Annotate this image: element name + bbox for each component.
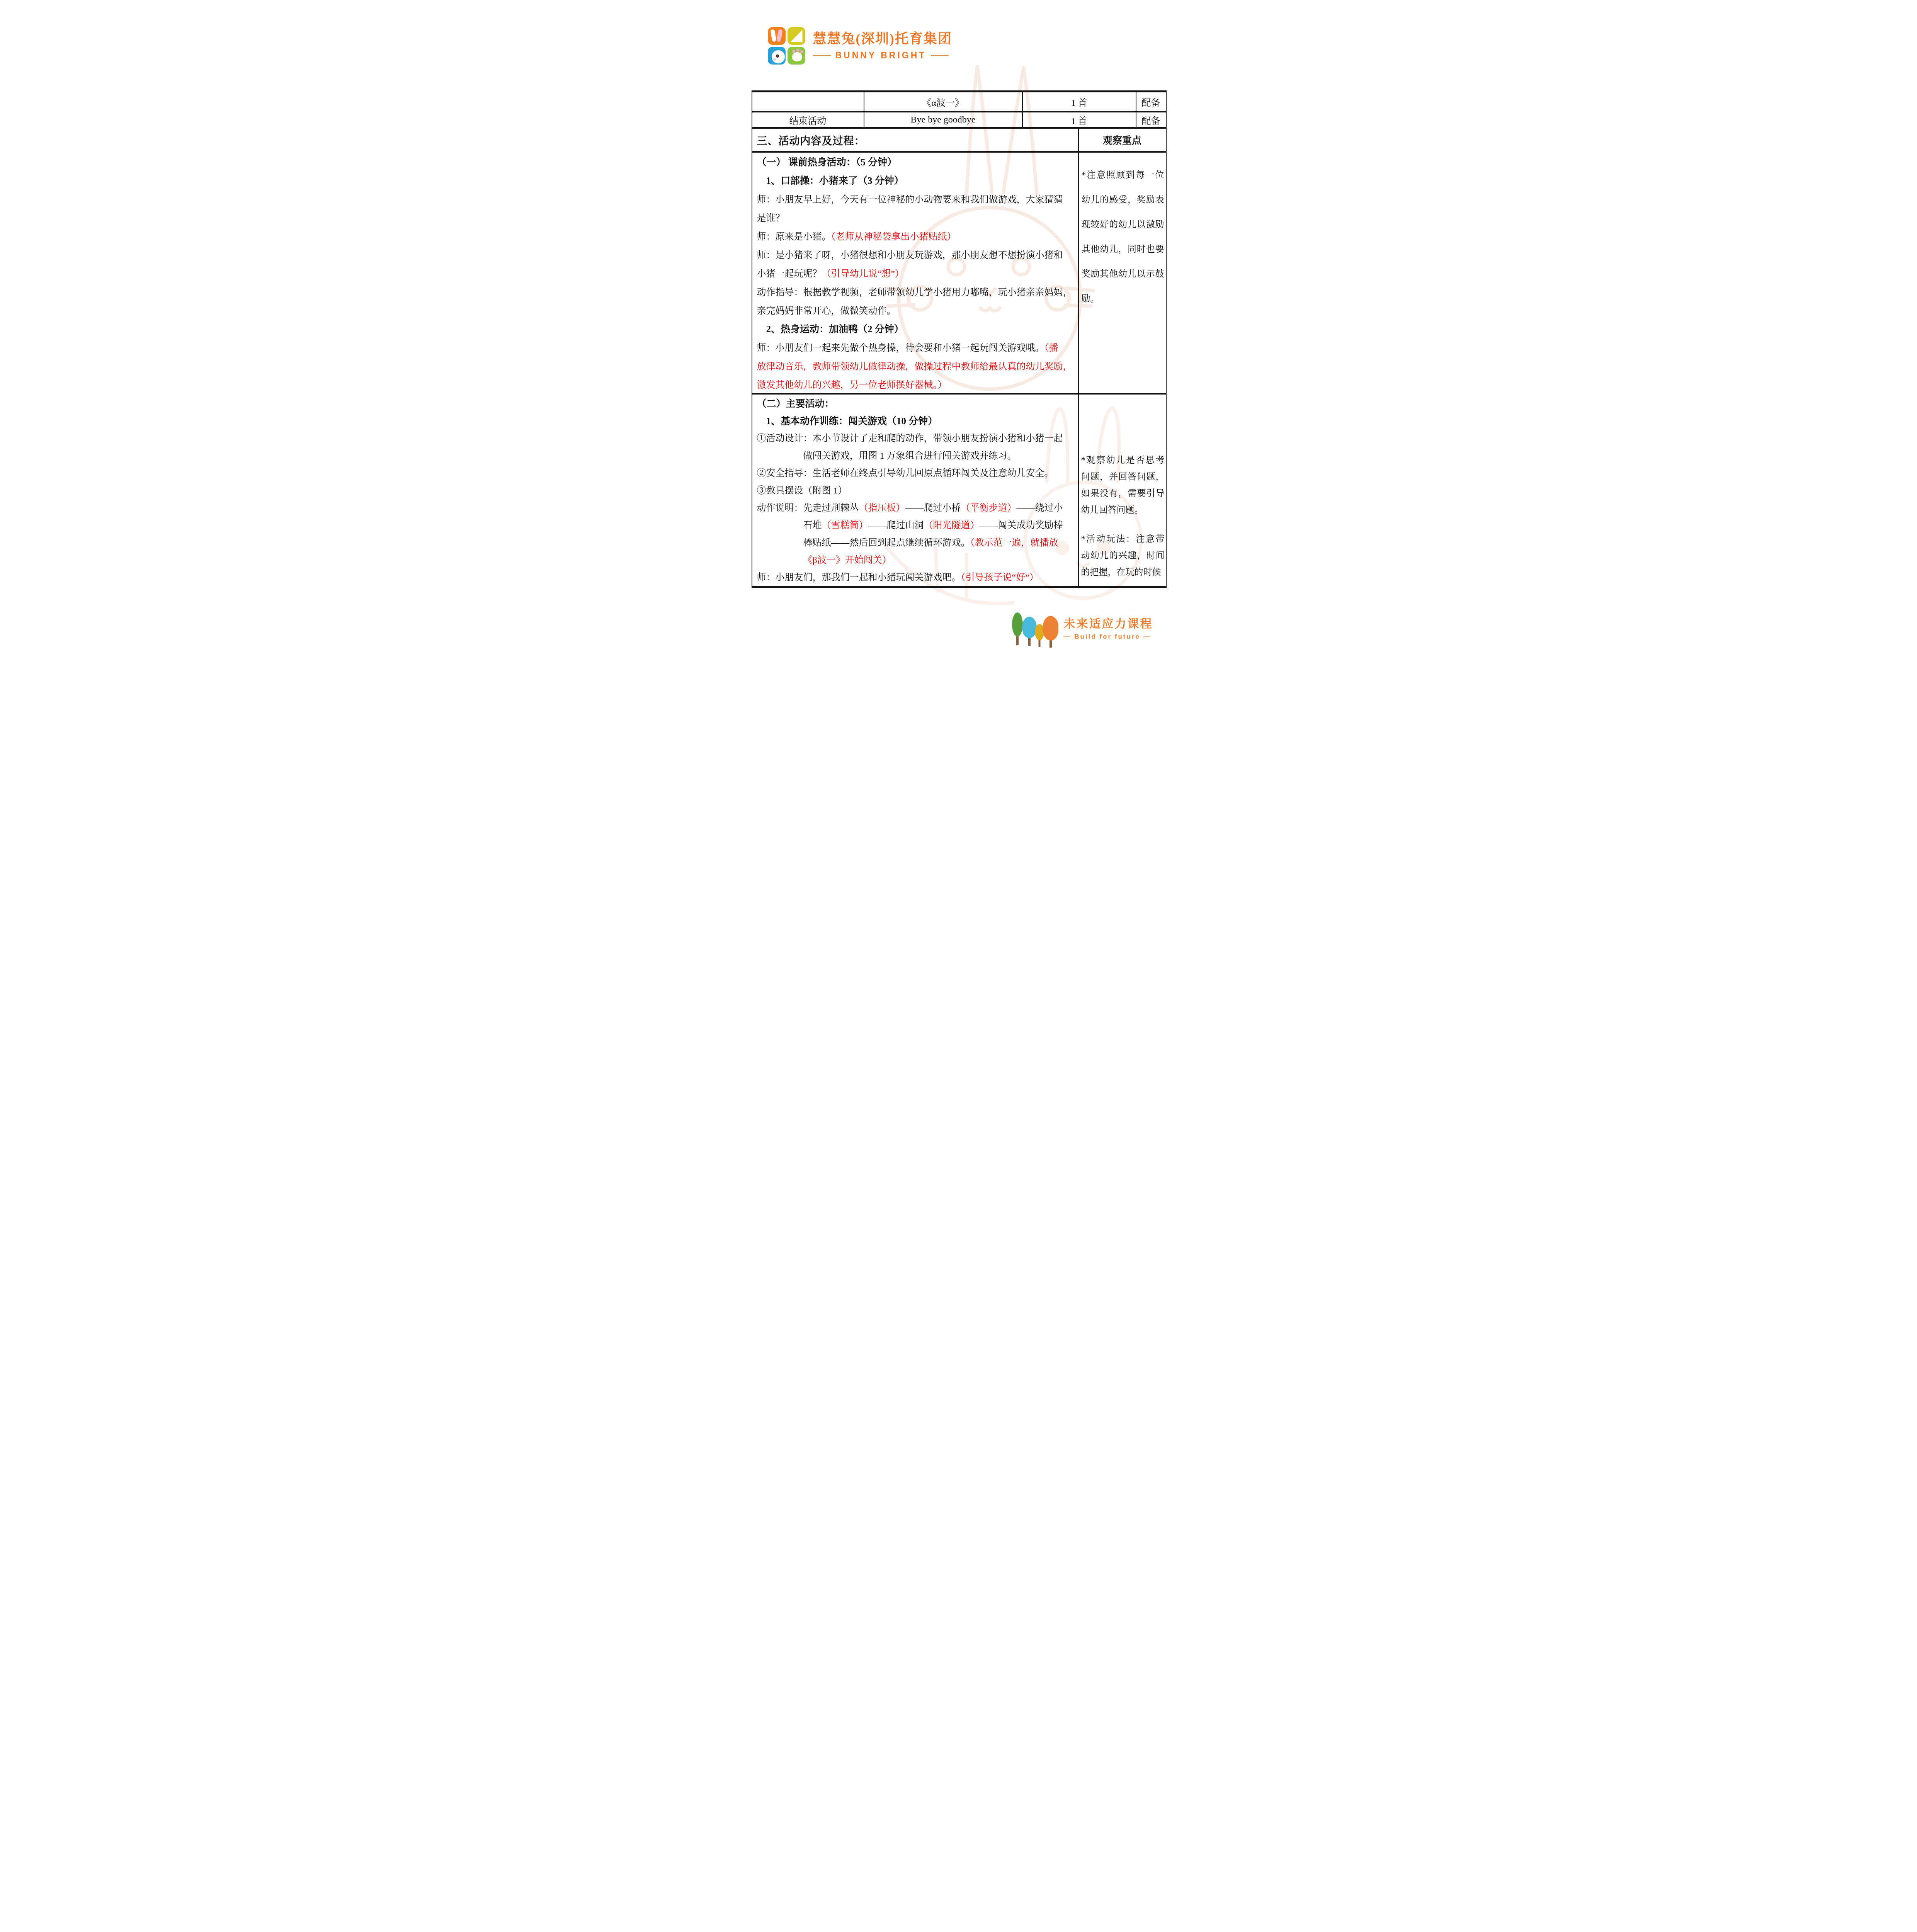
annotation-red-text: （老师从神秘袋拿出小猪贴纸） bbox=[831, 232, 956, 242]
body-text: 小猪一起玩呢？ bbox=[757, 269, 822, 279]
text-line: *活动玩法：注意带动幼儿的兴趣，时间的把握，在玩的时候 bbox=[1081, 531, 1165, 580]
footer-logo: 未来适应力课程 — Build for future — bbox=[1012, 611, 1153, 648]
annotation-red-text: （雪糕筒） bbox=[822, 520, 868, 531]
body-text: 棒贴纸——然后回到起点继续循环游戏。 bbox=[803, 538, 970, 548]
body-text: （一） 课前热身活动：（5 分钟） bbox=[757, 157, 897, 168]
logo-tile-face-icon bbox=[768, 47, 786, 65]
body-text: 1、基本动作训练：闯关游戏（10 分钟） bbox=[766, 416, 938, 427]
text-line: （二）主要活动： bbox=[757, 395, 1077, 413]
text-line: 做闯关游戏，用图 1 万象组合进行闯关游戏并练习。 bbox=[757, 447, 1077, 465]
table-row: 结束活动 Bye bye goodbye 1 首 配备 bbox=[752, 112, 1166, 129]
text-line: 2、热身运动：加油鸭（2 分钟） bbox=[757, 320, 1077, 339]
text-line: 师：小朋友们，那我们一起和小猪玩闯关游戏吧。（引导孩子说“好”） bbox=[757, 569, 1077, 587]
table-cell-activity: 结束活动 bbox=[752, 112, 864, 127]
brand-title: 慧慧兔(深圳)托育集团 bbox=[813, 31, 952, 47]
annotation-red-text: （教示范一遍，就播放 bbox=[970, 538, 1058, 548]
section-warmup-observation: *注意照顾到每一位幼儿的感受，奖励表现较好的幼儿以激励其他幼儿，同时也要奖励其他… bbox=[1079, 153, 1166, 395]
bunny-logo-mark-icon bbox=[768, 27, 805, 65]
brand-subtitle-row: BUNNY BRIGHT bbox=[813, 50, 952, 61]
brand-text: 慧慧兔(深圳)托育集团 BUNNY BRIGHT bbox=[813, 31, 952, 61]
text-line: 师：原来是小猪。（老师从神秘袋拿出小猪贴纸） bbox=[757, 228, 1077, 246]
body-text: ①活动设计：本小节设计了走和爬的动作，带领小朋友扮演小猪和小猪一起 bbox=[757, 434, 1063, 444]
body-text: ——绕过小 bbox=[1017, 503, 1063, 513]
logo-tile-leaf-icon bbox=[788, 27, 805, 45]
body-text: 做闯关游戏，用图 1 万象组合进行闯关游戏并练习。 bbox=[803, 451, 1017, 461]
text-line: 师：小朋友早上好，今天有一位神秘的小动物要来和我们做游戏，大家猜猜 bbox=[757, 190, 1077, 209]
table-cell-song: 《α波一》 bbox=[864, 92, 1023, 111]
footer-text: 未来适应力课程 — Build for future — bbox=[1064, 617, 1153, 641]
text-line: 1、基本动作训练：闯关游戏（10 分钟） bbox=[757, 413, 1077, 430]
annotation-red-text: （指压板） bbox=[859, 503, 905, 513]
body-text: 动作指导：根据教学视频，老师带领幼儿学小猪用力嘟嘴，玩小猪亲亲妈妈， bbox=[757, 287, 1072, 298]
text-line: 石堆（雪糕筒）——爬过山洞（阳光隧道）——闯关成功奖励棒 bbox=[757, 517, 1077, 534]
text-line: 是谁？ bbox=[757, 209, 1077, 228]
table-cell-song: Bye bye goodbye bbox=[864, 112, 1023, 127]
annotation-red-text: （阳光隧道） bbox=[924, 520, 980, 531]
section-main-observation: *观察幼儿是否思考问题，并回答问题，如果没有，需要引导幼儿回答问题。*活动玩法：… bbox=[1079, 395, 1166, 587]
body-text: 是谁？ bbox=[757, 213, 785, 223]
body-text: 2、热身运动：加油鸭（2 分钟） bbox=[766, 324, 904, 335]
text-line: 师：小朋友们一起来先做个热身操，待会要和小猪一起玩闯关游戏哦。（播 bbox=[757, 339, 1077, 357]
section-row-warmup: （一） 课前热身活动：（5 分钟）1、口部操：小猪来了（3 分钟）师：小朋友早上… bbox=[752, 153, 1166, 395]
document-page: 慧慧兔(深圳)托育集团 BUNNY BRIGHT 《α波一》 1 首 配备 结束… bbox=[719, 0, 1198, 678]
body-text: ②安全指导：生活老师在终点引导幼儿回原点循环闯关及注意幼儿安全。 bbox=[757, 468, 1054, 478]
text-line: 《β波一》开始闯关） bbox=[757, 552, 1077, 569]
text-line: 动作指导：根据教学视频，老师带领幼儿学小猪用力嘟嘴，玩小猪亲亲妈妈， bbox=[757, 283, 1077, 302]
observation-column-header: 观察重点 bbox=[1079, 129, 1166, 151]
body-text: 石堆 bbox=[803, 520, 822, 531]
text-line: 放律动音乐，教师带领幼儿做律动操，做操过程中教师给最认真的幼儿奖励， bbox=[757, 357, 1077, 376]
body-text: 师：小朋友们一起来先做个热身操，待会要和小猪一起玩闯关游戏哦。 bbox=[757, 343, 1044, 353]
annotation-red-text: 《β波一》开始闯关） bbox=[803, 555, 891, 565]
body-text: 1、口部操：小猪来了（3 分钟） bbox=[766, 176, 904, 186]
text-line: 棒贴纸——然后回到起点继续循环游戏。（教示范一遍，就播放 bbox=[757, 534, 1077, 552]
body-text: ——闯关成功奖励棒 bbox=[980, 520, 1063, 531]
text-line: （一） 课前热身活动：（5 分钟） bbox=[757, 153, 1077, 172]
body-text: 师：是小猪来了呀，小猪很想和小朋友玩游戏，那小朋友想不想扮演小猪和 bbox=[757, 250, 1063, 260]
logo-tile-paw-icon bbox=[788, 47, 805, 65]
text-line: 1、口部操：小猪来了（3 分钟） bbox=[757, 172, 1077, 190]
text-line: 小猪一起玩呢？（引导幼儿说“想”） bbox=[757, 265, 1077, 283]
annotation-red-text: （播 bbox=[1044, 343, 1058, 353]
section-main-content: （二）主要活动：1、基本动作训练：闯关游戏（10 分钟）①活动设计：本小节设计了… bbox=[752, 395, 1079, 587]
table-cell-activity bbox=[752, 92, 864, 111]
text-line: 师：是小猪来了呀，小猪很想和小朋友玩游戏，那小朋友想不想扮演小猪和 bbox=[757, 246, 1077, 265]
body-text: ——爬过小桥 bbox=[905, 503, 961, 513]
text-line: ③教具摆设（附图 1） bbox=[757, 482, 1077, 500]
text-line: ①活动设计：本小节设计了走和爬的动作，带领小朋友扮演小猪和小猪一起 bbox=[757, 430, 1077, 447]
lesson-plan-table: 《α波一》 1 首 配备 结束活动 Bye bye goodbye 1 首 配备… bbox=[752, 90, 1167, 588]
section-header-row: 三、活动内容及过程： 观察重点 bbox=[752, 129, 1166, 153]
text-line: ②安全指导：生活老师在终点引导幼儿回原点循环闯关及注意幼儿安全。 bbox=[757, 465, 1077, 482]
body-text: 亲完妈妈非常开心，做微笑动作。 bbox=[757, 306, 896, 316]
text-line: 动作说明：先走过荆棘丛（指压板）——爬过小桥（平衡步道）——绕过小 bbox=[757, 500, 1077, 517]
table-cell-equip: 配备 bbox=[1136, 112, 1166, 127]
subtitle-dash-left bbox=[813, 55, 831, 56]
text-line: *注意照顾到每一位幼儿的感受，奖励表现较好的幼儿以激励其他幼儿，同时也要奖励其他… bbox=[1082, 163, 1164, 311]
body-text: *观察幼儿是否思考问题，并回答问题，如果没有，需要引导幼儿回答问题。 bbox=[1081, 455, 1165, 515]
body-text: *注意照顾到每一位幼儿的感受，奖励表现较好的幼儿以激励其他幼儿，同时也要奖励其他… bbox=[1082, 170, 1164, 303]
annotation-red-text: 激发其他幼儿的兴趣，另一位老师摆好器械。） bbox=[757, 380, 947, 390]
section-warmup-content: （一） 课前热身活动：（5 分钟）1、口部操：小猪来了（3 分钟）师：小朋友早上… bbox=[752, 153, 1079, 395]
brand-subtitle: BUNNY BRIGHT bbox=[835, 50, 927, 61]
trees-logo-icon bbox=[1012, 611, 1058, 648]
annotation-red-text: （平衡步道） bbox=[961, 503, 1017, 513]
body-text: 师：小朋友们，那我们一起和小猪玩闯关游戏吧。 bbox=[757, 573, 961, 583]
table-row: 《α波一》 1 首 配备 bbox=[752, 92, 1166, 112]
table-cell-count: 1 首 bbox=[1023, 92, 1136, 111]
body-text: *活动玩法：注意带动幼儿的兴趣，时间的把握，在玩的时候 bbox=[1081, 534, 1165, 577]
text-line: 亲完妈妈非常开心，做微笑动作。 bbox=[757, 302, 1077, 320]
table-cell-equip: 配备 bbox=[1136, 92, 1166, 111]
text-line: 激发其他幼儿的兴趣，另一位老师摆好器械。） bbox=[757, 376, 1077, 395]
footer-title: 未来适应力课程 bbox=[1064, 617, 1153, 631]
subtitle-dash-right bbox=[931, 55, 949, 56]
text-line: *观察幼儿是否思考问题，并回答问题，如果没有，需要引导幼儿回答问题。 bbox=[1081, 452, 1165, 518]
body-text: ③教具摆设（附图 1） bbox=[757, 486, 847, 496]
header-logo: 慧慧兔(深圳)托育集团 BUNNY BRIGHT bbox=[768, 27, 952, 65]
body-text: ——爬过山洞 bbox=[868, 520, 924, 531]
body-text: （二）主要活动： bbox=[757, 399, 834, 409]
annotation-red-text: （引导孩子说“好”） bbox=[961, 573, 1039, 583]
logo-tile-ears-icon bbox=[768, 27, 786, 45]
body-text: 师：小朋友早上好，今天有一位神秘的小动物要来和我们做游戏，大家猜猜 bbox=[757, 195, 1063, 205]
section-row-main-activity: （二）主要活动：1、基本动作训练：闯关游戏（10 分钟）①活动设计：本小节设计了… bbox=[752, 395, 1166, 586]
footer-subtitle: — Build for future — bbox=[1064, 633, 1153, 641]
body-text: 动作说明：先走过荆棘丛 bbox=[757, 503, 859, 513]
section-header-title: 三、活动内容及过程： bbox=[752, 129, 1079, 151]
annotation-red-text: 放律动音乐，教师带领幼儿做律动操，做操过程中教师给最认真的幼儿奖励， bbox=[757, 362, 1072, 372]
body-text: 师：原来是小猪。 bbox=[757, 232, 831, 242]
annotation-red-text: （引导幼儿说“想”） bbox=[822, 269, 904, 279]
table-cell-count: 1 首 bbox=[1023, 112, 1136, 127]
